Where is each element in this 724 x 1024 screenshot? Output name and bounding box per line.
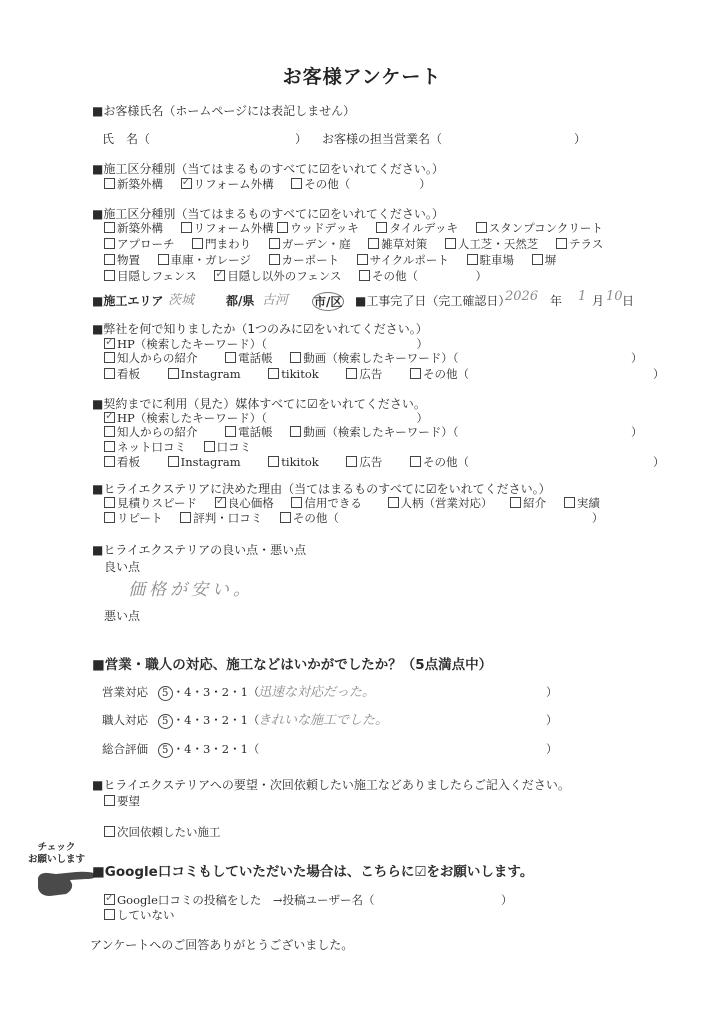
month-label: 月 [592, 292, 604, 309]
option-referral[interactable]: 知人からの紹介 [104, 424, 198, 440]
option-item[interactable]: 目隠し以外のフェンス [214, 268, 341, 284]
option-word-of-mouth[interactable]: 口コミ [204, 439, 252, 455]
sales-rep-close: ） [574, 130, 586, 147]
option-reputation[interactable]: 評判・口コミ [180, 510, 262, 526]
checkbox-icon[interactable] [476, 222, 487, 233]
checkbox-icon[interactable] [104, 352, 115, 363]
option-item[interactable]: 塀 [532, 252, 557, 268]
option-quote-speed[interactable]: 見積りスピード [104, 495, 197, 511]
category2-row-3: 物置 車庫・ガレージ カーポート サイクルポート 駐車場 塀 [104, 252, 570, 268]
customer-name-close: ） [295, 130, 307, 147]
checkbox-checked-icon[interactable] [214, 270, 225, 281]
how-known-row-2: 知人からの紹介 電話帳 動画（検索したキーワード）（ ） [104, 350, 657, 366]
checkbox-icon[interactable] [277, 222, 288, 233]
checkbox-icon[interactable] [564, 497, 575, 508]
rating-scale[interactable]: ・4・3・2・1（ [173, 742, 260, 756]
checkbox-icon[interactable] [388, 497, 399, 508]
option-other[interactable]: その他（ ） [291, 176, 431, 192]
media-row-2: 知人からの紹介 電話帳 動画（検索したキーワード）（ ） [104, 424, 657, 440]
option-ad[interactable]: 広告 [346, 366, 382, 382]
checkbox-icon[interactable] [104, 368, 115, 379]
checkbox-icon[interactable] [290, 352, 301, 363]
option-item[interactable]: 新築外構 [104, 220, 163, 236]
option-item[interactable]: 目隠しフェンス [104, 268, 197, 284]
option-trustworthy[interactable]: 信用できる [291, 495, 362, 511]
rating-row-sales: 営業対応 5・4・3・2・1（ [102, 684, 259, 701]
checkbox-icon[interactable] [104, 426, 115, 437]
option-google-posted[interactable]: Google口コミの投稿をした →投稿ユーザー名（ ） [104, 892, 513, 908]
completion-date-label: ■工事完了日（完工確認日） [355, 292, 510, 309]
rating-scale[interactable]: ・4・3・2・1（ [173, 685, 260, 699]
option-new-construction[interactable]: 新築外構 [104, 176, 163, 192]
option-video[interactable]: 動画（検索したキーワード）（ ） [290, 350, 642, 366]
good-bad-heading: ■ヒライエクステリアの良い点・悪い点 [92, 541, 306, 558]
rating-selected-5[interactable]: 5 [158, 686, 173, 701]
prefecture-handwritten[interactable]: 茨城 [168, 289, 194, 308]
option-item[interactable]: ウッドデッキ [277, 220, 359, 236]
checkbox-checked-icon[interactable] [104, 412, 115, 423]
rating-label: 職人対応 [102, 713, 148, 727]
option-referral[interactable]: 知人からの紹介 [104, 350, 198, 366]
option-item[interactable]: 物置 [104, 252, 140, 268]
option-item[interactable]: 雑草対策 [368, 236, 427, 252]
footer-thanks: アンケートへのご回答ありがとうございました。 [90, 936, 353, 953]
day-handwritten[interactable]: 10 [606, 289, 623, 304]
option-item[interactable]: 駐車場 [467, 252, 515, 268]
page-title: お客様アンケート [0, 62, 724, 89]
checkbox-icon[interactable] [104, 795, 115, 806]
checkbox-icon[interactable] [269, 254, 280, 265]
checkbox-icon[interactable] [268, 456, 279, 467]
option-video[interactable]: 動画（検索したキーワード）（ ） [290, 424, 642, 440]
checkbox-icon[interactable] [410, 456, 421, 467]
option-item[interactable]: カーポート [269, 252, 340, 268]
checkbox-icon[interactable] [168, 456, 179, 467]
option-instagram[interactable]: Instagram [168, 367, 241, 381]
option-signboard[interactable]: 看板 [104, 454, 140, 470]
checkbox-icon[interactable] [346, 368, 357, 379]
checkbox-checked-icon[interactable] [104, 894, 115, 905]
checkbox-icon[interactable] [467, 254, 478, 265]
checkbox-icon[interactable] [158, 254, 169, 265]
request-heading: ■ヒライエクステリアへの要望・次回依頼したい施工などありましたらご記入ください。 [92, 776, 570, 793]
option-reform[interactable]: リフォーム外構 [181, 176, 274, 192]
checkbox-icon[interactable] [104, 238, 115, 249]
area-heading: ■施工エリア [92, 292, 163, 309]
option-item[interactable]: 門まわり [192, 236, 251, 252]
checkbox-checked-icon[interactable] [181, 178, 192, 189]
name-section-heading: ■お客様氏名（ホームページには表記しません） [92, 102, 355, 119]
craftsman-comment-handwritten[interactable]: きれいな施工でした。 [258, 709, 388, 728]
checkbox-icon[interactable] [104, 441, 115, 452]
option-phonebook[interactable]: 電話帳 [225, 350, 273, 366]
checkbox-icon[interactable] [359, 270, 370, 281]
option-net-review[interactable]: ネット口コミ [104, 439, 186, 455]
checkbox-icon[interactable] [104, 826, 115, 837]
rating-close: ） [546, 712, 558, 728]
option-fair-price[interactable]: 良心価格 [215, 495, 274, 511]
rating-close: ） [546, 684, 558, 700]
rating-label: 営業対応 [102, 685, 148, 699]
city-suffix: 市/区 [312, 292, 344, 311]
option-instagram[interactable]: Instagram [168, 455, 241, 469]
good-points-label: 良い点 [104, 558, 140, 575]
checkbox-icon[interactable] [368, 238, 379, 249]
option-repeat[interactable]: リピート [104, 510, 163, 526]
option-referral[interactable]: 紹介 [510, 495, 546, 511]
option-google-not-posted[interactable]: していない [104, 907, 175, 923]
checkbox-icon[interactable] [225, 352, 236, 363]
year-handwritten[interactable]: 2026 [505, 289, 538, 304]
sales-rep-field[interactable] [445, 128, 570, 144]
rating-selected-5[interactable]: 5 [158, 743, 173, 758]
checkbox-icon[interactable] [104, 178, 115, 189]
media-row-3: ネット口コミ 口コミ [104, 439, 265, 455]
how-known-row-3: 看板 Instagram tikitok 広告 その他（ ） [104, 366, 679, 382]
option-item[interactable]: タイルデッキ [376, 220, 458, 236]
media-row-4: 看板 Instagram tikitok 広告 その他（ ） [104, 454, 679, 470]
checkbox-icon[interactable] [291, 497, 302, 508]
checkbox-icon[interactable] [104, 497, 115, 508]
rating-close: ） [546, 741, 558, 757]
reason-row-2: リピート 評判・口コミ その他（ ） [104, 510, 617, 526]
option-item[interactable]: リフォーム外構 [181, 220, 274, 236]
option-track-record[interactable]: 実績 [564, 495, 600, 511]
option-other[interactable]: その他（ ） [410, 454, 665, 470]
rating-label: 総合評価 [102, 742, 148, 756]
checkbox-icon[interactable] [280, 512, 291, 523]
checkbox-checked-icon[interactable] [104, 338, 115, 349]
category2-row-4: 目隠しフェンス 目隠し以外のフェンス その他（ ） [104, 268, 501, 284]
option-other[interactable]: その他（ ） [280, 510, 604, 526]
checkbox-icon[interactable] [181, 222, 192, 233]
checkbox-icon[interactable] [268, 368, 279, 379]
checkbox-icon[interactable] [290, 426, 301, 437]
option-other[interactable]: その他（ ） [410, 366, 665, 382]
checkbox-icon[interactable] [104, 512, 115, 523]
checkbox-icon[interactable] [104, 222, 115, 233]
checkbox-icon[interactable] [291, 178, 302, 189]
category1-heading: ■施工区分種別（当てはまるものすべてに☑をいれてください。） [92, 160, 444, 177]
checkbox-icon[interactable] [556, 238, 567, 249]
checkbox-icon[interactable] [104, 270, 115, 281]
option-item[interactable]: その他（ ） [359, 268, 487, 284]
checkbox-icon[interactable] [532, 254, 543, 265]
checkbox-icon[interactable] [357, 254, 368, 265]
checkbox-icon[interactable] [269, 238, 280, 249]
checkbox-icon[interactable] [510, 497, 521, 508]
option-signboard[interactable]: 看板 [104, 366, 140, 382]
option-tiktok[interactable]: tikitok [268, 367, 318, 381]
checkbox-icon[interactable] [104, 254, 115, 265]
checkbox-icon[interactable] [376, 222, 387, 233]
city-handwritten[interactable]: 古河 [262, 289, 288, 308]
checkbox-icon[interactable] [410, 368, 421, 379]
checkbox-checked-icon[interactable] [215, 497, 226, 508]
month-handwritten[interactable]: 1 [578, 289, 586, 304]
rating-row-overall: 総合評価 5・4・3・2・1（ [102, 741, 259, 758]
option-tiktok[interactable]: tikitok [268, 455, 318, 469]
checkbox-icon[interactable] [180, 512, 191, 523]
checkbox-icon[interactable] [204, 441, 215, 452]
pointing-hand-icon [36, 868, 98, 898]
checkbox-icon[interactable] [168, 368, 179, 379]
option-item[interactable]: ガーデン・庭 [269, 236, 351, 252]
category2-row-2: アプローチ 門まわり ガーデン・庭 雑草対策 人工芝・天然芝 テラス [104, 236, 617, 252]
option-ad[interactable]: 広告 [346, 454, 382, 470]
option-item[interactable]: スタンプコンクリート [476, 220, 603, 236]
category1-options: 新築外構 リフォーム外構 その他（ ） [104, 176, 445, 192]
rating-heading: ■営業・職人の対応、施工などはいかがでしたか？（5点満点中） [92, 653, 492, 673]
rating-selected-5[interactable]: 5 [158, 714, 173, 729]
google-heading: ■Google口コミもしていただいた場合は、こちらに☑をお願いします。 [92, 860, 533, 880]
option-phonebook[interactable]: 電話帳 [225, 424, 273, 440]
how-known-heading: ■弊社を何で知りましたか（1つのみに☑をいれてください。） [92, 320, 428, 337]
good-points-handwritten[interactable]: 価格が安い。 [128, 575, 254, 600]
bad-points-field[interactable] [104, 622, 604, 642]
checkbox-icon[interactable] [445, 238, 456, 249]
checkbox-icon[interactable] [104, 909, 115, 920]
option-item[interactable]: サイクルポート [357, 252, 449, 268]
customer-name-field[interactable] [145, 128, 285, 144]
checkbox-icon[interactable] [225, 426, 236, 437]
option-request[interactable]: 要望 [104, 793, 140, 809]
category2-row-1: 新築外構 リフォーム外構 ウッドデッキ タイルデッキ スタンプコンクリート [104, 220, 617, 236]
check-callout: チェック お願いします [28, 842, 85, 866]
option-item[interactable]: テラス [556, 236, 603, 252]
rating-scale[interactable]: ・4・3・2・1（ [173, 713, 260, 727]
option-personality[interactable]: 人柄（営業対応） [388, 495, 493, 511]
option-item[interactable]: 車庫・ガレージ [158, 252, 251, 268]
customer-name-label: 氏 名（ [102, 130, 150, 147]
option-item[interactable]: アプローチ [104, 236, 175, 252]
overall-comment-field[interactable] [258, 739, 538, 755]
day-label: 日 [622, 292, 634, 309]
prefecture-suffix: 都/県 [226, 292, 254, 309]
year-label: 年 [550, 292, 562, 309]
checkbox-icon[interactable] [192, 238, 203, 249]
option-next-work[interactable]: 次回依頼したい施工 [104, 824, 221, 840]
reason-row-1: 見積りスピード 良心価格 信用できる 人柄（営業対応） 紹介 実績 [104, 495, 614, 511]
checkbox-icon[interactable] [104, 456, 115, 467]
sales-comment-handwritten[interactable]: 迅速な対応だった。 [258, 681, 375, 700]
sales-rep-label: お客様の担当営業名（ [322, 130, 442, 147]
option-item[interactable]: 人工芝・天然芝 [445, 236, 539, 252]
checkbox-icon[interactable] [346, 456, 357, 467]
rating-row-craftsman: 職人対応 5・4・3・2・1（ [102, 712, 259, 729]
